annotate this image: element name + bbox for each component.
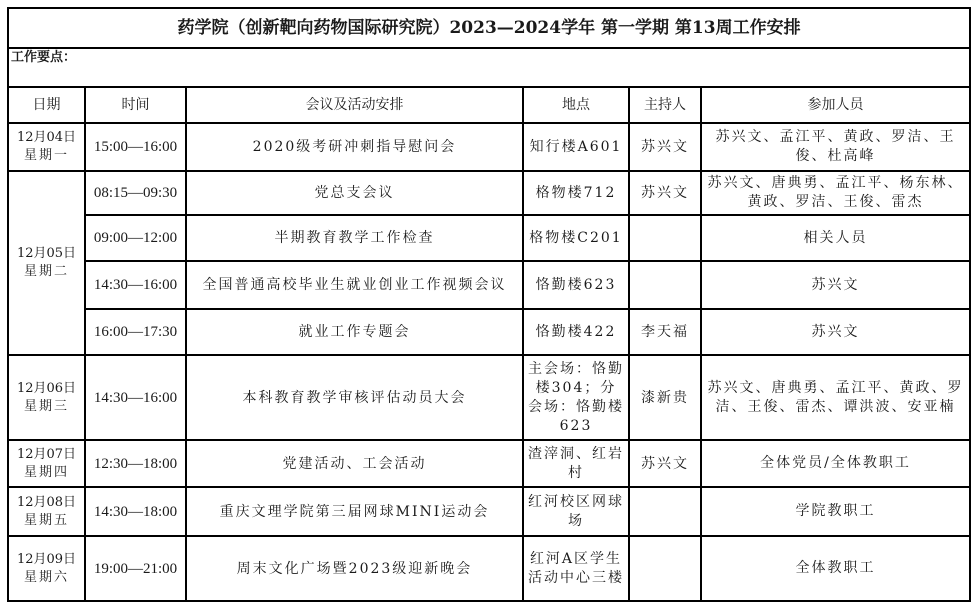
table-row: 16:00—17:30 就业工作专题会 恪勤楼422 李天福 苏兴文 <box>8 309 970 355</box>
table-row: 09:00—12:00 半期教育教学工作检查 格物楼C201 相关人员 <box>8 215 970 261</box>
weekday-text: 星期一 <box>13 147 80 165</box>
location-cell: 主会场：恪勤楼304；分会场：恪勤楼623 <box>523 355 629 440</box>
header-event: 会议及活动安排 <box>186 87 523 123</box>
host-cell: 漆新贵 <box>629 355 701 440</box>
date-text: 12月09日 <box>13 551 80 569</box>
weekday-text: 星期五 <box>13 512 80 530</box>
event-cell: 本科教育教学审核评估动员大会 <box>186 355 523 440</box>
time-cell: 14:30—16:00 <box>85 261 186 309</box>
weekday-text: 星期二 <box>13 263 80 281</box>
location-cell: 格物楼C201 <box>523 215 629 261</box>
participants-cell: 苏兴文 <box>701 261 970 309</box>
host-cell <box>629 261 701 309</box>
event-cell: 半期教育教学工作检查 <box>186 215 523 261</box>
date-cell: 12月05日 星期二 <box>8 171 85 355</box>
document-title: 药学院（创新靶向药物国际研究院）2023—2024学年 第一学期 第13周工作安… <box>8 8 970 48</box>
host-cell: 李天福 <box>629 309 701 355</box>
work-points-label: 工作要点： <box>8 48 970 87</box>
date-cell: 12月09日 星期六 <box>8 536 85 601</box>
event-cell: 2020级考研冲刺指导慰问会 <box>186 123 523 171</box>
date-text: 12月07日 <box>13 446 80 464</box>
participants-cell: 全体教职工 <box>701 536 970 601</box>
table-row: 12月04日 星期一 15:00—16:00 2020级考研冲刺指导慰问会 知行… <box>8 123 970 171</box>
date-text: 12月06日 <box>13 380 80 398</box>
location-cell: 红河校区网球场 <box>523 487 629 536</box>
weekday-text: 星期三 <box>13 398 80 416</box>
date-cell: 12月06日 星期三 <box>8 355 85 440</box>
participants-cell: 苏兴文、孟江平、黄政、罗洁、王俊、杜高峰 <box>701 123 970 171</box>
time-cell: 16:00—17:30 <box>85 309 186 355</box>
table-row: 12月06日 星期三 14:30—16:00 本科教育教学审核评估动员大会 主会… <box>8 355 970 440</box>
header-time: 时间 <box>85 87 186 123</box>
event-cell: 周末文化广场暨2023级迎新晚会 <box>186 536 523 601</box>
host-cell <box>629 536 701 601</box>
participants-cell: 苏兴文 <box>701 309 970 355</box>
time-cell: 14:30—18:00 <box>85 487 186 536</box>
header-host: 主持人 <box>629 87 701 123</box>
table-row: 12月08日 星期五 14:30—18:00 重庆文理学院第三届网球MINI运动… <box>8 487 970 536</box>
participants-cell: 苏兴文、唐典勇、孟江平、黄政、罗洁、王俊、雷杰、谭洪波、安亚楠 <box>701 355 970 440</box>
header-participants: 参加人员 <box>701 87 970 123</box>
participants-cell: 相关人员 <box>701 215 970 261</box>
location-cell: 知行楼A601 <box>523 123 629 171</box>
weekly-schedule-table: 药学院（创新靶向药物国际研究院）2023—2024学年 第一学期 第13周工作安… <box>7 7 971 602</box>
event-cell: 就业工作专题会 <box>186 309 523 355</box>
table-row: 14:30—16:00 全国普通高校毕业生就业创业工作视频会议 恪勤楼623 苏… <box>8 261 970 309</box>
host-cell: 苏兴文 <box>629 440 701 487</box>
table-row: 12月05日 星期二 08:15—09:30 党总支会议 格物楼712 苏兴文 … <box>8 171 970 215</box>
time-cell: 12:30—18:00 <box>85 440 186 487</box>
participants-cell: 学院教职工 <box>701 487 970 536</box>
header-location: 地点 <box>523 87 629 123</box>
table-header-row: 日期 时间 会议及活动安排 地点 主持人 参加人员 <box>8 87 970 123</box>
table-row: 12月07日 星期四 12:30—18:00 党建活动、工会活动 渣滓洞、红岩村… <box>8 440 970 487</box>
time-cell: 09:00—12:00 <box>85 215 186 261</box>
event-cell: 重庆文理学院第三届网球MINI运动会 <box>186 487 523 536</box>
table-row: 12月09日 星期六 19:00—21:00 周末文化广场暨2023级迎新晚会 … <box>8 536 970 601</box>
date-cell: 12月08日 星期五 <box>8 487 85 536</box>
location-cell: 红河A区学生活动中心三楼 <box>523 536 629 601</box>
date-text: 12月04日 <box>13 129 80 147</box>
date-cell: 12月07日 星期四 <box>8 440 85 487</box>
weekday-text: 星期六 <box>13 569 80 587</box>
location-cell: 渣滓洞、红岩村 <box>523 440 629 487</box>
time-cell: 19:00—21:00 <box>85 536 186 601</box>
date-text: 12月08日 <box>13 494 80 512</box>
host-cell: 苏兴文 <box>629 123 701 171</box>
time-cell: 14:30—16:00 <box>85 355 186 440</box>
host-cell <box>629 215 701 261</box>
host-cell: 苏兴文 <box>629 171 701 215</box>
location-cell: 恪勤楼623 <box>523 261 629 309</box>
participants-cell: 全体党员/全体教职工 <box>701 440 970 487</box>
date-text: 12月05日 <box>13 245 80 263</box>
date-cell: 12月04日 星期一 <box>8 123 85 171</box>
host-cell <box>629 487 701 536</box>
weekday-text: 星期四 <box>13 464 80 482</box>
location-cell: 恪勤楼422 <box>523 309 629 355</box>
event-cell: 全国普通高校毕业生就业创业工作视频会议 <box>186 261 523 309</box>
event-cell: 党建活动、工会活动 <box>186 440 523 487</box>
time-cell: 15:00—16:00 <box>85 123 186 171</box>
header-date: 日期 <box>8 87 85 123</box>
participants-cell: 苏兴文、唐典勇、孟江平、杨东林、黄政、罗洁、王俊、雷杰 <box>701 171 970 215</box>
time-cell: 08:15—09:30 <box>85 171 186 215</box>
event-cell: 党总支会议 <box>186 171 523 215</box>
location-cell: 格物楼712 <box>523 171 629 215</box>
